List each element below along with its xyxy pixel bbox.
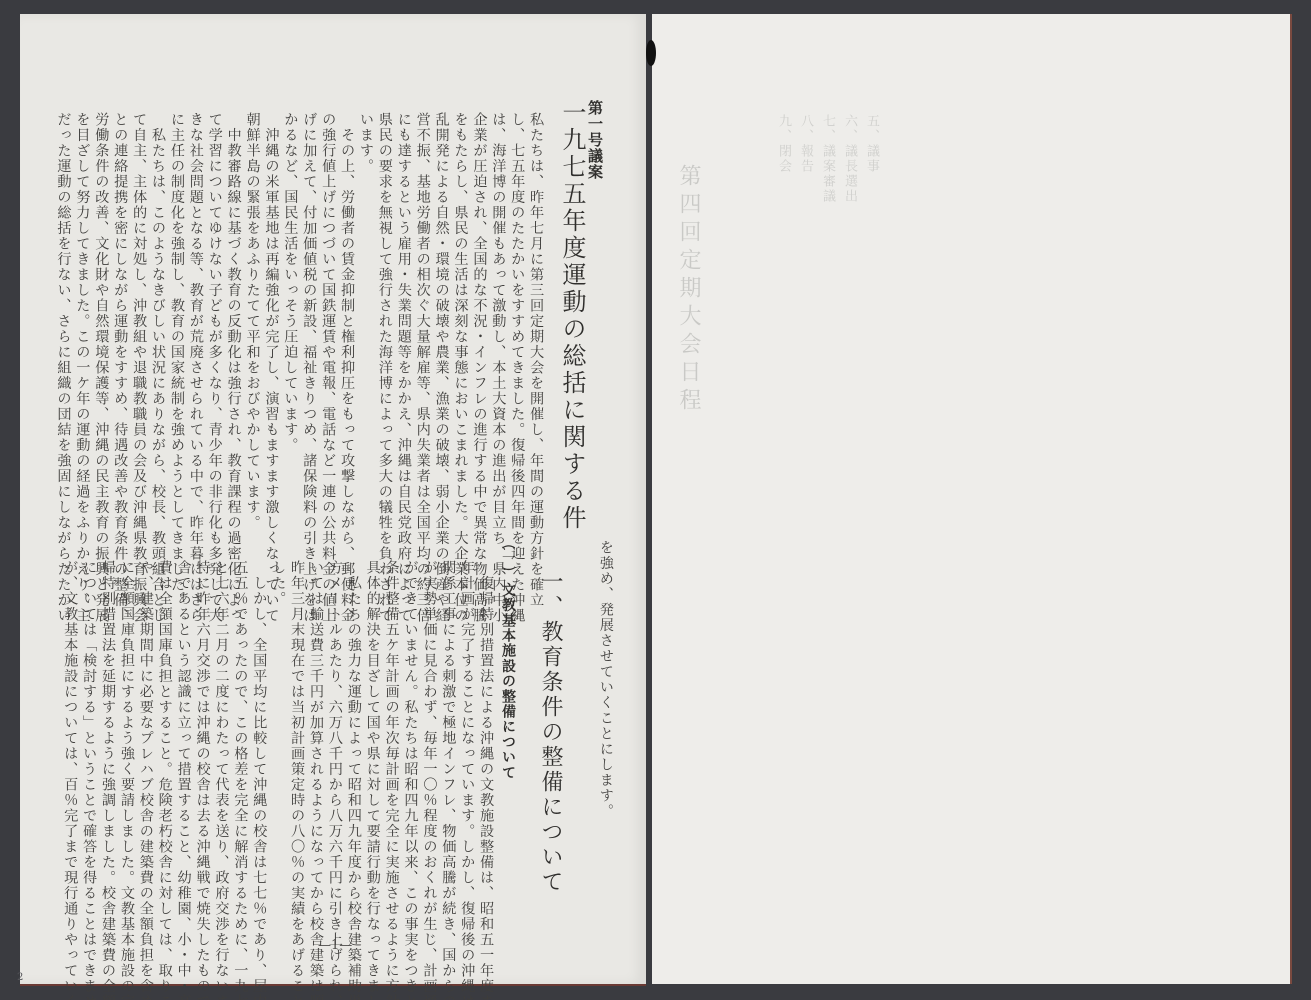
text-column: 費は全額国庫負担とすること。危険老朽校舎に対しては、取りこわし費用 xyxy=(155,560,174,940)
text-column: が実勢単価に見合わず、毎年一〇％程度のおくれが生じ、計画通りの整備 xyxy=(420,560,439,940)
body-text-top: 私たちは、昨年七月に第三回定期大会を開催し、年間の運動方針を確立し、七五年度のた… xyxy=(54,112,546,492)
text-column: 私たちは、このようなきびしい状況にありながら、校長、教頭組合とし xyxy=(148,112,167,492)
text-column: 具体的解決を目ざして国や県に対して要請行動を行なってきました。 xyxy=(363,560,382,940)
text-column: 舎であるという認識に立って措置すること、幼稚園、小・中・高校とも建築 xyxy=(174,560,193,940)
text-column: は、海洋博の開催もあって激動し、本土大資本の進出が目立ち、県内中小 xyxy=(488,112,507,492)
text-column: て自主、主体的に対処し、沖教組や退職教職員の会及び沖縄県教育振興会 xyxy=(129,112,148,492)
text-column: かるなど、国民生活をいっそう圧迫しています。 xyxy=(280,112,299,492)
text-column: にも達するという雇用・失業問題等をかかえ、沖縄は自民党政府によって xyxy=(394,112,413,492)
binding-hole xyxy=(646,40,656,66)
text-column: 方メートルあたり、六万八千円から八万六千円に引き上げられ、離島につ xyxy=(325,560,344,940)
show-through-title: 第四回定期大会日程 xyxy=(677,164,699,416)
text-column: ができていません。私たちは昭和四九年以来、この事実をつきとめ、教育 xyxy=(401,560,420,940)
text-column: 中教審路線に基づく教育の反動化は強行され、教育課程の過密化によっ xyxy=(224,112,243,492)
text-column: については「検討する」ということで確答を得ることはできませんでした xyxy=(79,560,98,940)
text-column: いては輸送費三千円が加算されるようになってから校舎建築は順調に進み xyxy=(306,560,325,940)
text-column: 沖縄の米軍基地は再編強化が完了し、演習もますます激しくなっていて xyxy=(262,112,281,492)
text-column: と七六年二月の二度にわたって代表を送り、政府交渉を行ないました。 xyxy=(212,560,231,940)
text-column: し、七五年度のたたかいをすすめてきました。復帰後四年間を迎えた沖縄 xyxy=(507,112,526,492)
text-column: 朝鮮半島の緊張をあふりたてて平和をおびやかしています。 xyxy=(243,112,262,492)
text-column: きな社会問題となる等、教育が荒廃させられている中で、昨年暮にはさら xyxy=(186,112,205,492)
show-through-text: 五、議事 六、議長選出 七、議案審議 八、報告 九、閉会 xyxy=(772,114,882,494)
text-column: その上、労働者の賃金抑制と権利抑圧をもって攻撃しながら、郵便料金 xyxy=(337,112,356,492)
text-column: 関係工事による刺激で極地インフレ、物価高騰が続き、国からの補助単価 xyxy=(438,560,457,940)
body-text-bottom: 復帰特別措置法による沖縄の文教施設整備は、昭和五一年度までに五ケ年計画が完了する… xyxy=(60,560,495,940)
motion-title: 一九七五年度運動の総括に関する件 xyxy=(555,100,590,532)
text-column: 五五％であったので、この格差を完全に解消するために、一九七五年九月 xyxy=(230,560,249,940)
intro-continuation: を強め、発展させていくことにします。 xyxy=(596,540,615,920)
text-column: を目ざして努力してきました。この一ケ年の運動の経過をふりかえり、主 xyxy=(73,112,92,492)
text-column: 昨年三月末現在では当初計画策定時の八〇％の実績をあげることができま xyxy=(287,560,306,940)
text-column: 帰特別措置法を延期するように強調しました。校舎建築費の全額国庫負担 xyxy=(98,560,117,940)
text-column: が、文教基本施設については、百％完了まで現行通りやっていくというこ xyxy=(60,560,79,940)
text-column: 労働条件の改善、文化財や自然環境保護等、沖縄の民主教育の振興と発展 xyxy=(91,112,110,492)
page-number: —1— xyxy=(318,938,352,953)
text-column: 特に昨年六月交渉では沖縄の校舎は去る沖縄戦で焼失したもので、戦災校 xyxy=(193,560,212,940)
text-column: の強行値上げにつづいて国鉄運賃や電報、電話など一連の公共料金の値上 xyxy=(318,112,337,492)
text-column: に主任の制度化を強制し、教育の国家統制を強めようとしてきました。 xyxy=(167,112,186,492)
section-title: 一、教育条件の整備について xyxy=(535,570,566,895)
text-column: 私たちは、昨年七月に第三回定期大会を開催し、年間の運動方針を確立 xyxy=(526,112,545,492)
text-column: て学習についてゆけない子どもが多くなり、青少年の非行化も多発して大 xyxy=(205,112,224,492)
subsection-title: (一) 文教基本施設の整備について xyxy=(498,544,518,780)
text-column: に全額国庫負担にするよう強く要請しました。文教基本施設の完了まで復 xyxy=(117,560,136,940)
right-page: 第四回定期大会日程 五、議事 六、議長選出 七、議案審議 八、報告 九、閉会 xyxy=(652,14,1292,984)
text-column: げに加えて、付加価値税の新設、福祉きりつめ、諸保険料の引き上げをは xyxy=(299,112,318,492)
text-column: 営不振、基地労働者の相次ぐ大量解雇等、県内失業者は全国平均の約三倍 xyxy=(413,112,432,492)
text-column: 県民の要求を無視して強行された海洋博によって多大の犠牲を負わされて xyxy=(375,112,394,492)
corner-mark: 2 xyxy=(17,972,23,983)
text-column: 乱開発による自然・環境の破壊や農業、漁業の破壊、弱小企業の倒産や経 xyxy=(432,112,451,492)
text-column: 条件整備五ケ年計画の年次毎計画を完全に実施させるように方針を決定し xyxy=(382,560,401,940)
subsection-marker: (一) xyxy=(500,544,516,573)
text-column: した。 xyxy=(268,560,287,940)
text-column: や、建築期間中に必要なプレハブ校舎の建築費の全額負担を含め新築同様 xyxy=(136,560,155,940)
text-column: しかし、全国平均に比較して沖縄の校舎は七七％であり、屋内運動場は xyxy=(249,560,268,940)
text-column: をもたらし、県民の生活は深刻な事態においこまれました。大企業本位の xyxy=(451,112,470,492)
text-column: 年計画が完了することになっています。しかし、復帰後の沖縄は、海洋博 xyxy=(457,560,476,940)
text-column: との連絡提携を密にしながら運動をすすめ、待遇改善や教育条件の整備、 xyxy=(110,112,129,492)
text-column: だった運動の総括を行ない、さらに組織の団結を強固にしながらたたかい xyxy=(54,112,73,492)
text-column: 企業が圧迫され、全国的な不況・インフレの進行する中で異常な物価高騰 xyxy=(470,112,489,492)
text-column: います。 xyxy=(356,112,375,492)
text-column: 私たちの強力な運動によって昭和四九年度から校舎建築補助単価が一平 xyxy=(344,560,363,940)
text-column: 復帰特別措置法による沖縄の文教施設整備は、昭和五一年度までに五ケ xyxy=(476,560,495,940)
